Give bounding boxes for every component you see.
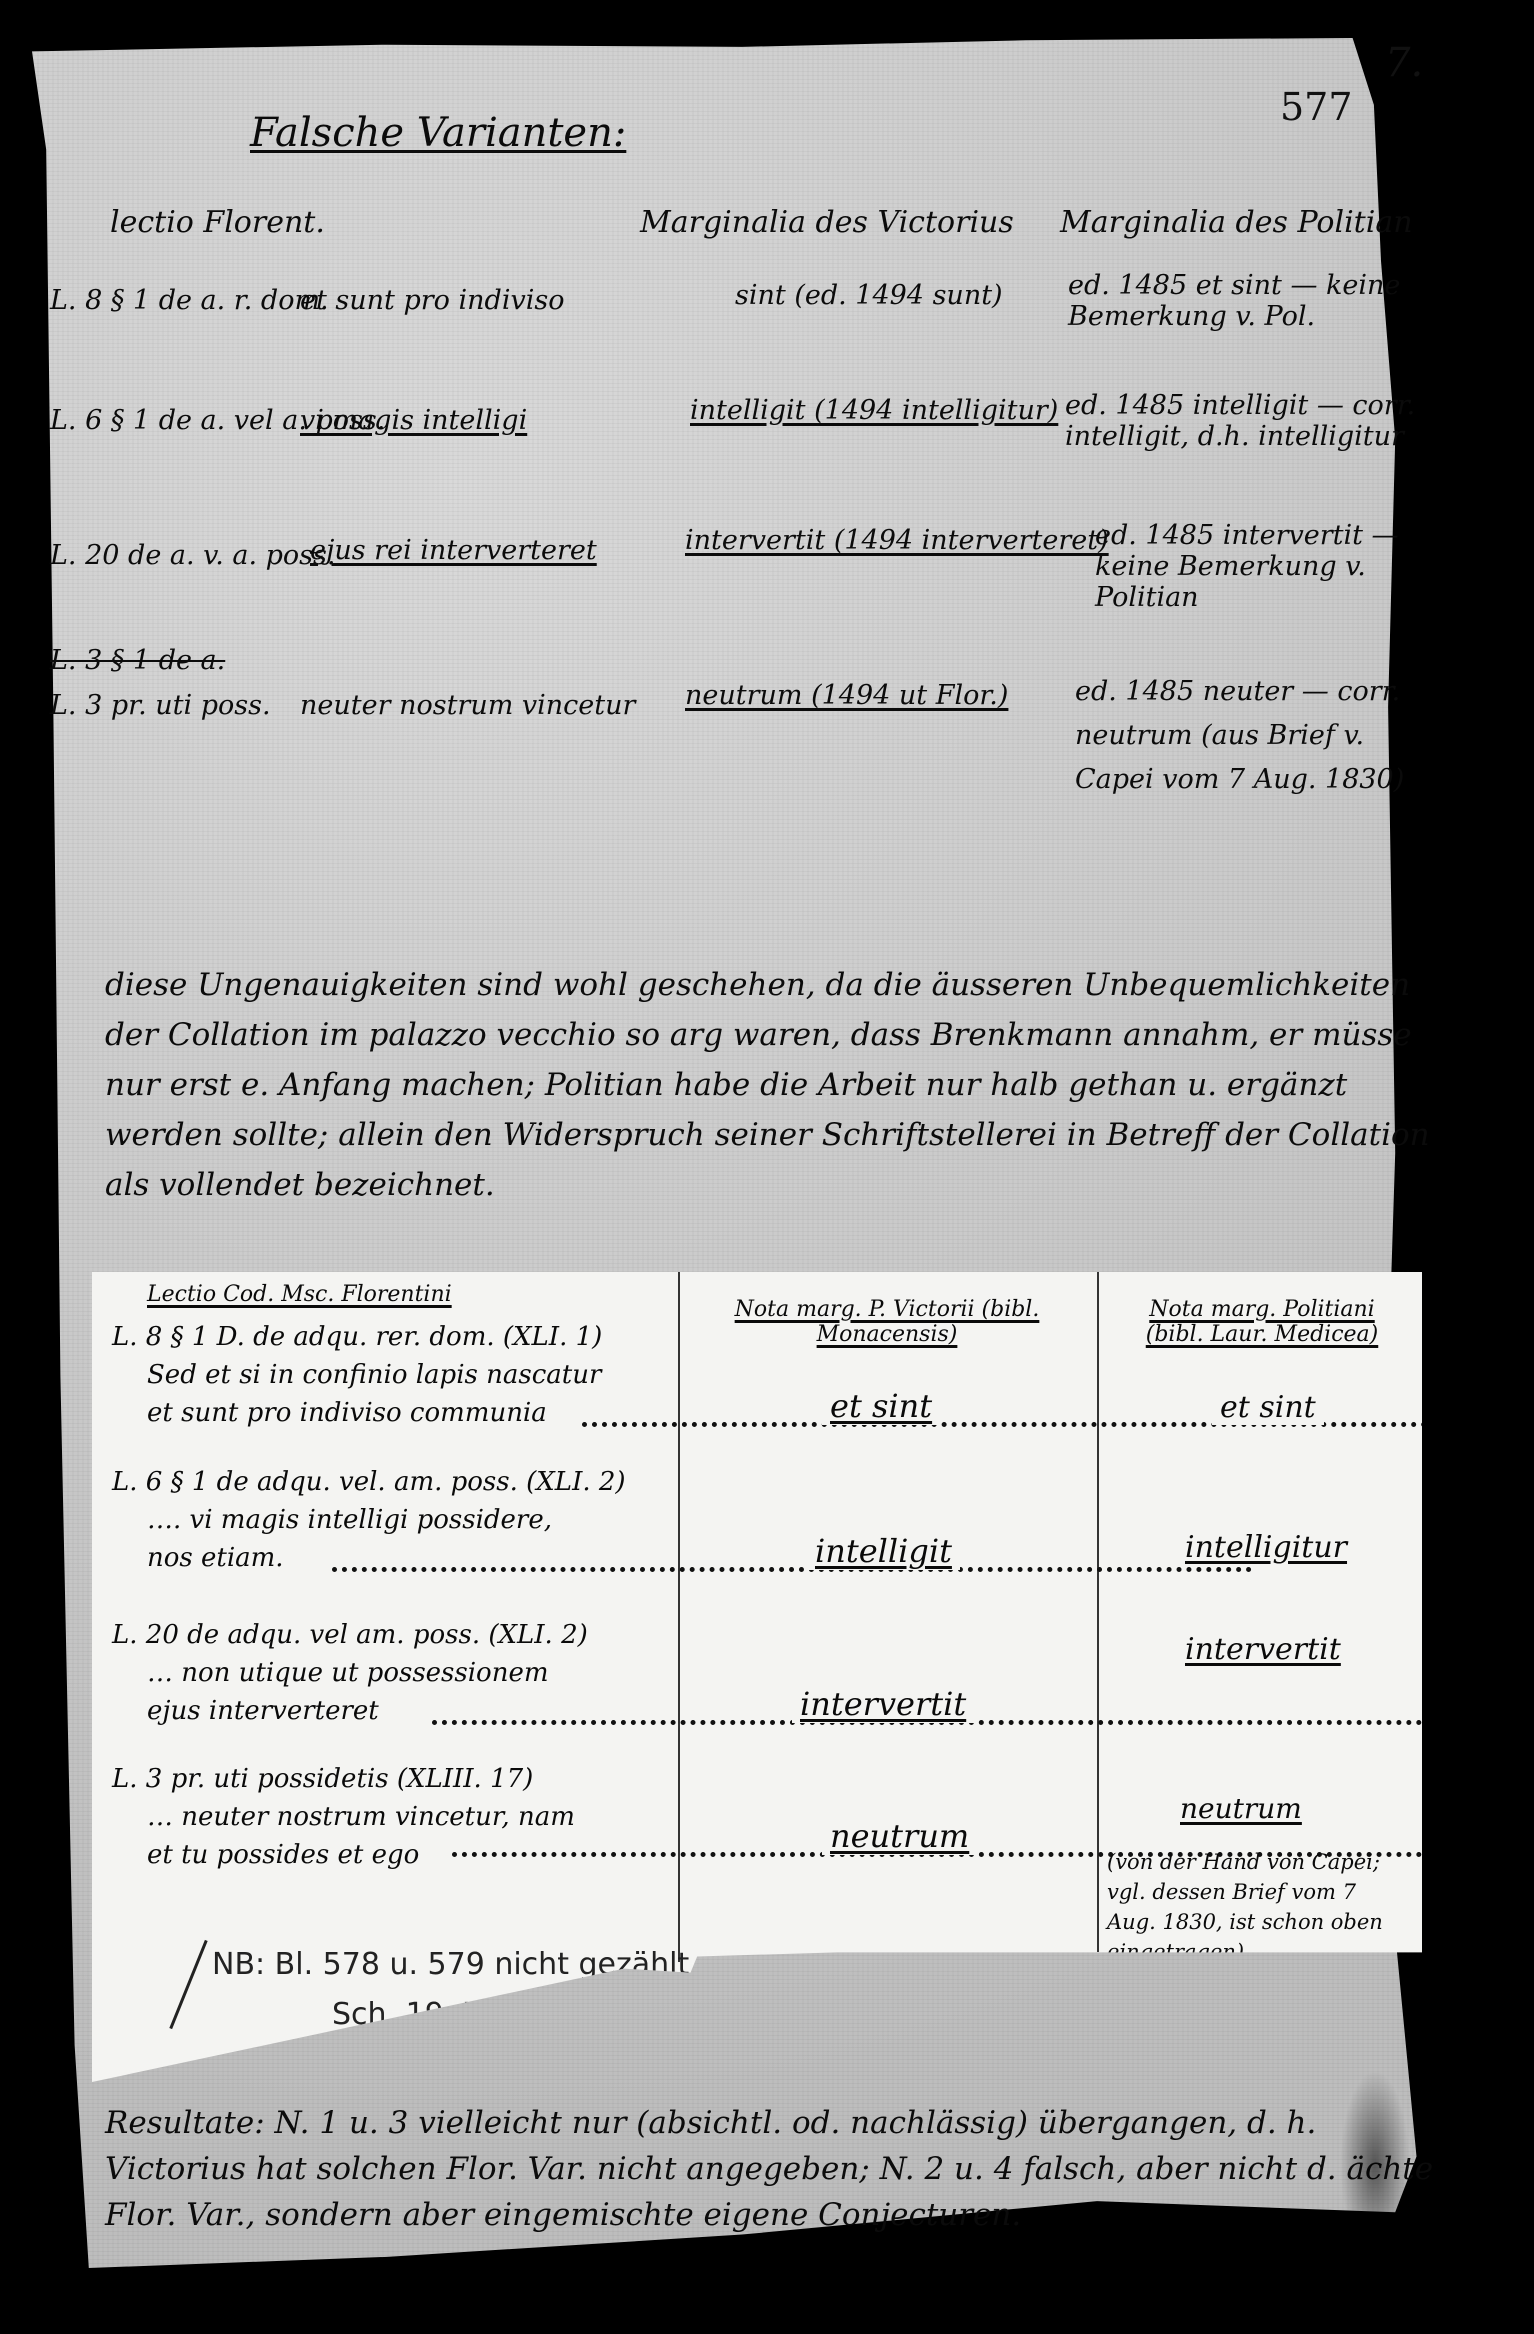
row-ref: L. 20 de a. v. a. poss. <box>50 540 335 571</box>
column-header-lectio: lectio Florent. <box>110 205 325 240</box>
row-victorius: neutrum (1494 ut Flor.) <box>685 680 1008 711</box>
result-paragraph: Resultate: N. 1 u. 3 vielleicht nur (abs… <box>105 2100 1465 2238</box>
column-divider <box>678 1272 680 1962</box>
card-row-ref: L. 3 pr. uti possidetis (XLIII. 17) <box>112 1764 533 1794</box>
row-politian: ed. 1485 intelligit — corr. intelligit, … <box>1065 390 1455 452</box>
row-lectio: et sunt pro indiviso <box>300 285 564 316</box>
row-ref: L. 3 pr. uti poss. <box>50 690 271 721</box>
column-header-victorius: Marginalia des Victorius <box>640 205 1014 240</box>
card-row-ref: L. 8 § 1 D. de adqu. rer. dom. (XLI. 1) <box>112 1322 602 1352</box>
card-header-politian: Nota marg. Politiani (bibl. Laur. Medice… <box>1122 1297 1402 1347</box>
row-ref: L. 8 § 1 de a. r. dom. <box>50 285 329 316</box>
card-row-politian: neutrum <box>1172 1792 1310 1825</box>
card-row-victorius: et sint <box>822 1387 940 1425</box>
card-row-text: … neuter nostrum vincetur, nam <box>147 1802 575 1832</box>
card-row-politian: intervertit <box>1177 1632 1349 1667</box>
card-row-text: Sed et si in confinio lapis nascatur <box>147 1360 601 1390</box>
sheet-number: 577 <box>1280 85 1353 129</box>
row-lectio: vi magis intelligi <box>300 405 527 436</box>
card-row-text: …. vi magis intelligi possidere, <box>147 1505 552 1535</box>
card-row-victorius: neutrum <box>822 1817 977 1855</box>
leader-dots <box>582 1422 1487 1427</box>
row-politian: ed. 1485 intervertit — keine Bemerkung v… <box>1095 520 1455 613</box>
card-row-victorius: intelligit <box>807 1532 960 1570</box>
card-header-victorius: Nota marg. P. Victorii (bibl. Monacensis… <box>722 1297 1052 1347</box>
row-politian: ed. 1485 et sint — keine Bemerkung v. Po… <box>1068 270 1448 332</box>
ink-stain <box>1340 2070 1410 2260</box>
card-row-politian: intelligitur <box>1177 1530 1355 1565</box>
card-row-ref: L. 6 § 1 de adqu. vel. am. poss. (XLI. 2… <box>112 1467 626 1497</box>
card-row-text: nos etiam. <box>147 1543 284 1573</box>
page-title: Falsche Varianten: <box>250 110 626 156</box>
leader-dots <box>332 1567 1252 1572</box>
row-victorius: intelligit (1494 intelligitur) <box>690 395 1058 426</box>
pencil-stroke <box>169 1940 207 2029</box>
card-row-text: … non utique ut possessionem <box>147 1658 549 1688</box>
card-row-politian-note: (von der Hand von Capei; vgl. dessen Bri… <box>1107 1847 1407 1967</box>
row-victorius: intervertit (1494 interverteret) <box>685 525 1109 556</box>
card-row-politian: et sint <box>1212 1390 1324 1425</box>
card-row-victorius: intervertit <box>792 1685 974 1723</box>
folio-number: 7. <box>1385 40 1423 86</box>
explanatory-paragraph: diese Ungenauigkeiten sind wohl geschehe… <box>105 960 1465 1210</box>
column-header-politian: Marginalia des Politian <box>1060 205 1413 240</box>
row-ref-struck: L. 3 § 1 de a. <box>50 645 225 676</box>
column-divider <box>1097 1272 1099 1952</box>
card-row-text: et tu possides et ego <box>147 1840 419 1870</box>
row-lectio: ejus rei interverteret <box>310 535 597 566</box>
card-row-text: et sunt pro indiviso communia <box>147 1398 547 1428</box>
card-header-lectio: Lectio Cod. Msc. Florentini <box>147 1282 452 1307</box>
row-politian: ed. 1485 neuter — corr. neutrum (aus Bri… <box>1075 670 1450 802</box>
row-victorius: sint (ed. 1494 sunt) <box>735 280 1003 311</box>
row-lectio: neuter nostrum vincetur <box>300 690 635 721</box>
card-row-ref: L. 20 de adqu. vel am. poss. (XLI. 2) <box>112 1620 588 1650</box>
card-row-text: ejus interverteret <box>147 1696 379 1726</box>
